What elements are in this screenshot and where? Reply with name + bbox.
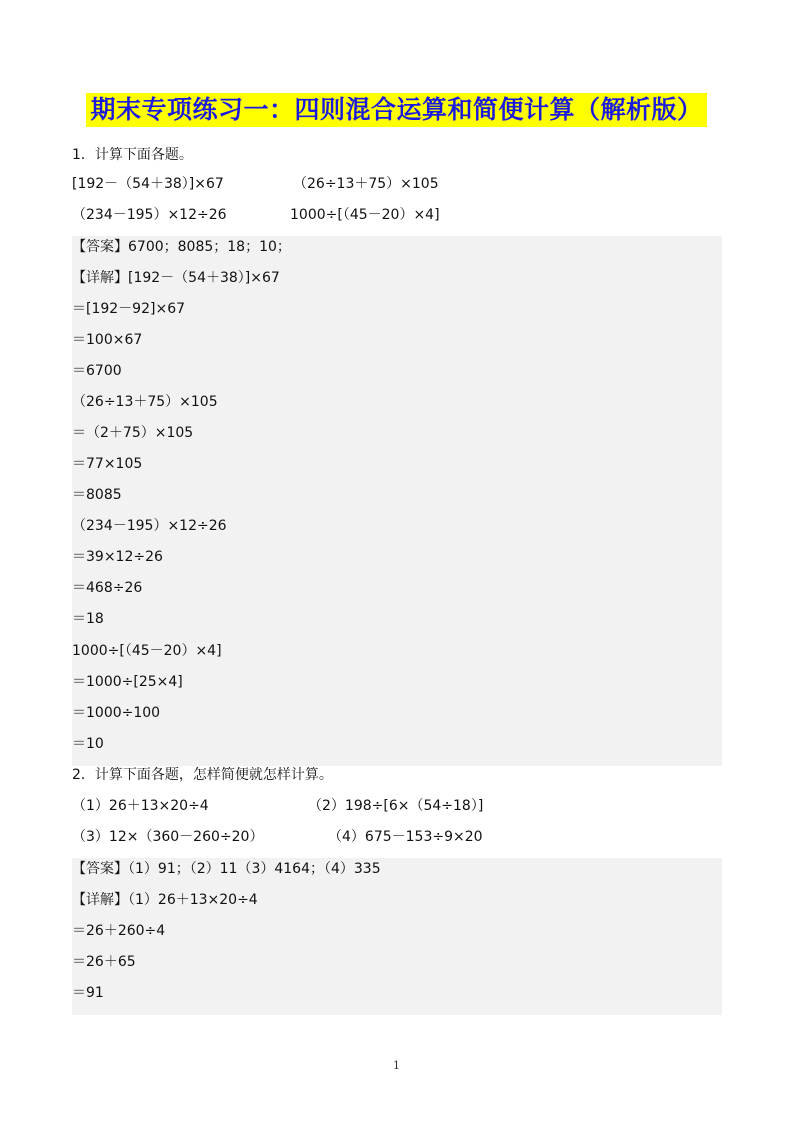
page-number: 1	[0, 1059, 793, 1072]
q1-detail-line: ＝6700	[72, 361, 122, 381]
q1-problem-3: （234－195）×12÷26	[72, 205, 227, 225]
question-1-prompt: 1．计算下面各题。	[72, 145, 193, 165]
q1-detail-line: ＝[192－92]×67	[72, 299, 185, 319]
q1-detail-line: （26÷13＋75）×105	[72, 392, 218, 412]
q1-detail-line: ＝10	[72, 734, 104, 754]
q2-detail-line: ＝91	[72, 983, 104, 1003]
q2-problem-2: （2）198÷[6×（54÷18）]	[308, 796, 483, 816]
q1-detail-line: ＝18	[72, 609, 104, 629]
q1-answer: 【答案】6700；8085；18；10；	[72, 237, 291, 257]
q1-detail-line: ＝77×105	[72, 454, 142, 474]
q2-problem-3: （3）12×（360－260÷20）	[72, 827, 263, 847]
q1-detail-line: ＝100×67	[72, 330, 142, 350]
q1-detail-line: ＝1000÷100	[72, 703, 160, 723]
q1-detail-line: 【详解】[192－（54＋38）]×67	[72, 268, 280, 288]
q2-detail-line: ＝26＋65	[72, 952, 136, 972]
q1-problem-4: 1000÷[（45－20）×4]	[290, 205, 440, 225]
q1-detail-line: ＝468÷26	[72, 578, 142, 598]
q2-problem-1: （1）26＋13×20÷4	[72, 796, 209, 816]
title-wrap: 期末专项练习一：四则混合运算和简便计算（解析版）	[0, 93, 793, 127]
q1-detail-line: ＝（2＋75）×105	[72, 423, 193, 443]
q1-detail-line: （234－195）×12÷26	[72, 516, 227, 536]
q1-detail-line: ＝39×12÷26	[72, 547, 163, 567]
q2-problem-4: （4）675－153÷9×20	[328, 827, 483, 847]
q1-problem-2: （26÷13＋75）×105	[293, 174, 439, 194]
document-title: 期末专项练习一：四则混合运算和简便计算（解析版）	[86, 93, 706, 127]
q2-detail-line: 【详解】（1）26＋13×20÷4	[72, 890, 258, 910]
q1-detail-line: 1000÷[（45－20）×4]	[72, 641, 222, 661]
q1-detail-line: ＝1000÷[25×4]	[72, 672, 183, 692]
q2-detail-line: ＝26＋260÷4	[72, 921, 165, 941]
q1-detail-line: ＝8085	[72, 485, 122, 505]
q2-answer: 【答案】（1）91；（2）11（3）4164；（4）335	[72, 859, 381, 879]
q2-answer-box	[72, 858, 722, 1015]
q1-problem-1: [192－（54＋38）]×67	[72, 174, 224, 194]
question-2-prompt: 2．计算下面各题，怎样简便就怎样计算。	[72, 765, 333, 785]
